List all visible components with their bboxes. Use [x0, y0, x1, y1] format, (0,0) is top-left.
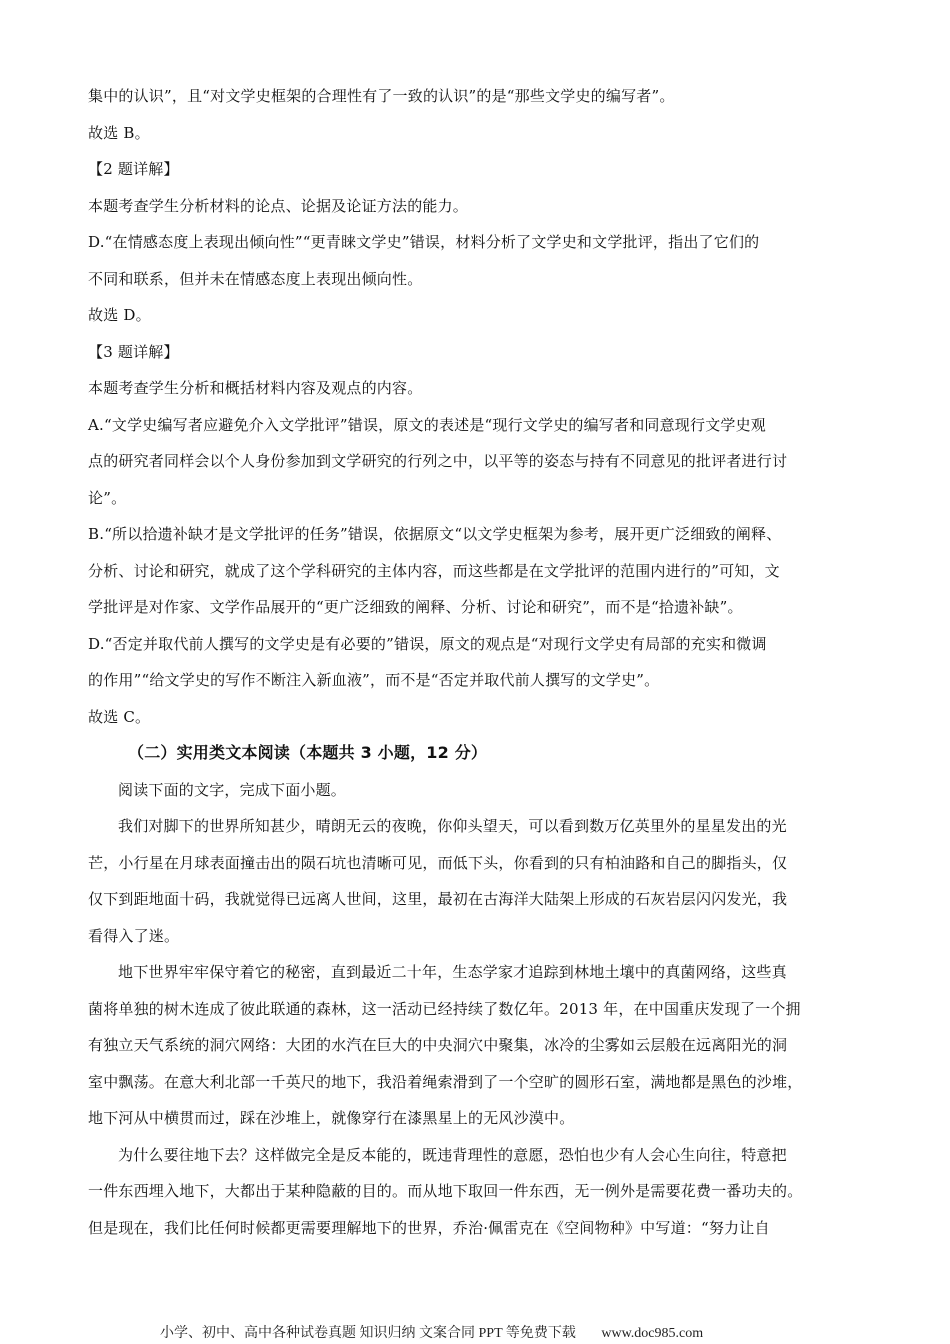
passage-line: 室中飘荡。在意大利北部一千英尺的地下，我沿着绳索滑到了一个空旷的圆形石室，满地都…: [88, 1064, 868, 1101]
q3-header: 【3 题详解】: [88, 334, 868, 371]
section2: （二）实用类文本阅读（本题共 3 小题，12 分） 阅读下面的文字，完成下面小题…: [88, 735, 868, 1246]
text-line: 学批评是对作家、文学作品展开的“更广泛细致的阐释、分析、讨论和研究”，而不是“拾…: [88, 589, 868, 626]
text-line: 集中的认识”，且“对文学史框架的合理性有了一致的认识”的是“那些文学史的编写者”…: [88, 78, 868, 115]
passage-line: 地下世界牢牢保守着它的秘密，直到最近二十年，生态学家才追踪到林地土壤中的真菌网络…: [88, 954, 868, 991]
passage-line: 芒，小行星在月球表面撞击出的陨石坑也清晰可见，而低下头，你看到的只有柏油路和自己…: [88, 845, 868, 882]
passage-line: 我们对脚下的世界所知甚少，晴朗无云的夜晚，你仰头望天，可以看到数万亿英里外的星星…: [88, 808, 868, 845]
text-line: 本题考查学生分析和概括材料内容及观点的内容。: [88, 370, 868, 407]
page-footer: 小学、初中、高中各种试卷真题 知识归纳 文案合同 PPT 等免费下载 www.d…: [160, 1322, 810, 1342]
q2-explanation: 【2 题详解】 本题考查学生分析材料的论点、论据及论证方法的能力。 D.“在情感…: [88, 151, 868, 334]
passage-line: 菌将单独的树木连成了彼此联通的森林，这一活动已经持续了数亿年。2013 年，在中…: [88, 991, 868, 1028]
instruction: 阅读下面的文字，完成下面小题。: [88, 772, 868, 809]
passage-line: 有独立天气系统的洞穴网络：大团的水汽在巨大的中央洞穴中聚集，冰冷的尘雾如云层般在…: [88, 1027, 868, 1064]
answer-choice: 故选 C。: [88, 699, 868, 736]
text-line: 点的研究者同样会以个人身份参加到文学研究的行列之中，以平等的姿态与持有不同意见的…: [88, 443, 868, 480]
passage-line: 为什么要往地下去？这样做完全是反本能的，既违背理性的意愿，恐怕也少有人会心生向往…: [88, 1137, 868, 1174]
q2-header: 【2 题详解】: [88, 151, 868, 188]
answer-choice: 故选 B。: [88, 115, 868, 152]
q1-explanation-tail: 集中的认识”，且“对文学史框架的合理性有了一致的认识”的是“那些文学史的编写者”…: [88, 78, 868, 151]
footer-text: 小学、初中、高中各种试卷真题 知识归纳 文案合同 PPT 等免费下载: [160, 1326, 576, 1341]
passage-line: 但是现在，我们比任何时候都更需要理解地下的世界，乔治·佩雷克在《空间物种》中写道…: [88, 1210, 868, 1247]
text-line: 本题考查学生分析材料的论点、论据及论证方法的能力。: [88, 188, 868, 225]
text-line: 分析、讨论和研究，就成了这个学科研究的主体内容，而这些都是在文学批评的范围内进行…: [88, 553, 868, 590]
passage-line: 仅下到距地面十码，我就觉得已远离人世间，这里，最初在古海洋大陆架上形成的石灰岩层…: [88, 881, 868, 918]
document-page: 集中的认识”，且“对文学史框架的合理性有了一致的认识”的是“那些文学史的编写者”…: [88, 78, 868, 1246]
text-line: 论”。: [88, 480, 868, 517]
passage-paragraph-1: 我们对脚下的世界所知甚少，晴朗无云的夜晚，你仰头望天，可以看到数万亿英里外的星星…: [88, 808, 868, 954]
passage-paragraph-3: 为什么要往地下去？这样做完全是反本能的，既违背理性的意愿，恐怕也少有人会心生向往…: [88, 1137, 868, 1247]
text-line: 的作用”“给文学史的写作不断注入新血液”，而不是“否定并取代前人撰写的文学史”。: [88, 662, 868, 699]
footer-url-link[interactable]: www.doc985.com: [601, 1326, 703, 1341]
answer-choice: 故选 D。: [88, 297, 868, 334]
passage-line: 看得入了迷。: [88, 918, 868, 955]
text-line: D.“在情感态度上表现出倾向性”“更青睐文学史”错误，材料分析了文学史和文学批评…: [88, 224, 868, 261]
text-line: 不同和联系，但并未在情感态度上表现出倾向性。: [88, 261, 868, 298]
passage-paragraph-2: 地下世界牢牢保守着它的秘密，直到最近二十年，生态学家才追踪到林地土壤中的真菌网络…: [88, 954, 868, 1137]
passage-line: 地下河从中横贯而过，踩在沙堆上，就像穿行在漆黑星上的无风沙漠中。: [88, 1100, 868, 1137]
text-line: D.“否定并取代前人撰写的文学史是有必要的”错误，原文的观点是“对现行文学史有局…: [88, 626, 868, 663]
q3-explanation: 【3 题详解】 本题考查学生分析和概括材料内容及观点的内容。 A.“文学史编写者…: [88, 334, 868, 736]
text-line: B.“所以拾遗补缺才是文学批评的任务”错误，依据原文“以文学史框架为参考，展开更…: [88, 516, 868, 553]
text-line: A.“文学史编写者应避免介入文学批评”错误，原文的表述是“现行文学史的编写者和同…: [88, 407, 868, 444]
passage-line: 一件东西埋入地下，大都出于某种隐蔽的目的。而从地下取回一件东西，无一例外是需要花…: [88, 1173, 868, 1210]
section-heading: （二）实用类文本阅读（本题共 3 小题，12 分）: [88, 735, 868, 772]
